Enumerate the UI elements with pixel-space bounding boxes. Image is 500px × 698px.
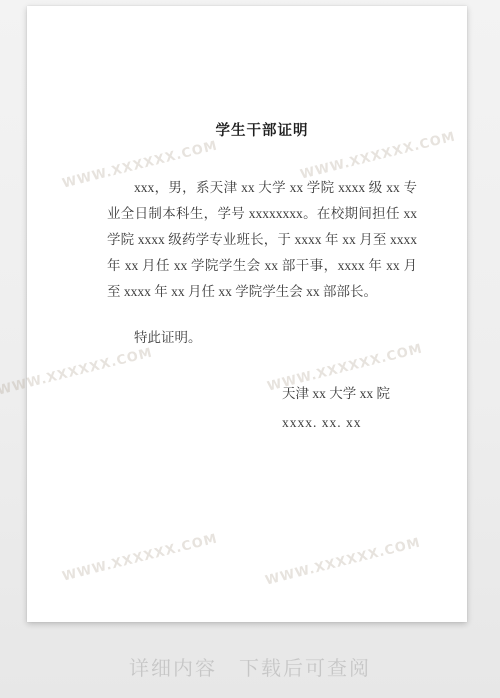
signature-organization: 天津 xx 大学 xx 院 bbox=[282, 381, 417, 407]
signature-block: 天津 xx 大学 xx 院 xxxx. xx. xx bbox=[282, 381, 417, 436]
footer-caption: 详细内容 下载后可查阅 bbox=[0, 652, 500, 681]
document-page: 学生干部证明 xxx，男，系天津 xx 大学 xx 学院 xxxx 级 xx 专… bbox=[27, 6, 467, 622]
preview-canvas: 学生干部证明 xxx，男，系天津 xx 大学 xx 学院 xxxx 级 xx 专… bbox=[0, 0, 500, 698]
document-content: 学生干部证明 xxx，男，系天津 xx 大学 xx 学院 xxxx 级 xx 专… bbox=[27, 6, 467, 436]
document-closing-line: 特此证明。 bbox=[107, 325, 417, 351]
signature-date: xxxx. xx. xx bbox=[282, 410, 417, 436]
document-body-paragraph: xxx，男，系天津 xx 大学 xx 学院 xxxx 级 xx 专业全日制本科生… bbox=[107, 175, 417, 305]
document-title: 学生干部证明 bbox=[107, 121, 417, 141]
